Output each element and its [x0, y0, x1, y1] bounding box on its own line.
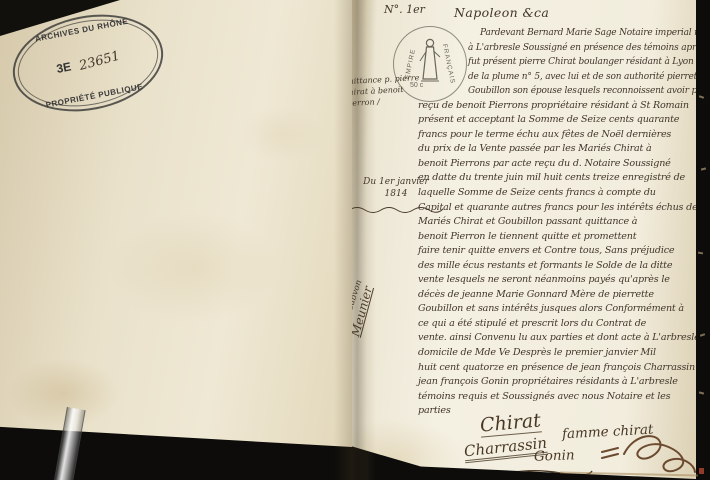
manuscript-line: de la plume n° 5, avec lui et de son aut… [468, 70, 696, 85]
manuscript-line: à L'arbresle Soussigné en présence des t… [468, 41, 696, 56]
notary-paraph [598, 430, 698, 478]
page-edge-mark [700, 333, 705, 337]
manuscript-line: Capital et quarante autres francs pour l… [418, 201, 696, 216]
signature-chirat: Chirat [479, 409, 542, 437]
manuscript-line: des mille écus restants et formants le S… [418, 259, 696, 274]
margin-note-quittance: quittance p. pierrechirat à benoitpierro… [343, 72, 425, 109]
manuscript-line: en datte du trente juin mil huit cents t… [418, 171, 696, 186]
page-heading: Napoleon &ca [454, 5, 549, 20]
manuscript-line: décès de jeanne Marie Gonnard Mère de pi… [418, 288, 696, 303]
page-edge-mark [699, 391, 704, 394]
manuscript-line: benoit Pierrons par acte reçu du d. Nota… [418, 157, 696, 172]
scanned-book-spread: ARCHIVES DU RHÔNE 3E 23651 PROPRIÉTÉ PUB… [0, 0, 710, 480]
act-body-text: Pardevant Bernard Marie Sage Notaire imp… [418, 26, 696, 419]
manuscript-line: reçu de benoit Pierrons propriétaire rés… [418, 99, 696, 114]
manuscript-line: domicile de Mde Ve Desprès le premier ja… [418, 346, 696, 361]
manuscript-line: vente lesquels ne seront néanmoins payés… [418, 273, 696, 288]
manuscript-line: Goubillon et sans intérêts jusques alors… [418, 302, 696, 317]
manuscript-line: parties [418, 404, 696, 419]
archive-item-number: 23651 [77, 48, 121, 73]
act-number: N°. 1er [384, 3, 425, 16]
signature-gonin: Gonin [534, 447, 575, 464]
manuscript-line: Mariés Chirat et Goubillon passant quitt… [418, 215, 696, 230]
manuscript-line: jean françois Gonin propriétaires résida… [418, 375, 696, 390]
manuscript-line: faire tenir quitte envers et Contre tous… [418, 244, 696, 259]
page-edge-mark [698, 252, 703, 255]
manuscript-line: présent et acceptant la Somme de Seize c… [418, 113, 696, 128]
manuscript-line: vente. ainsi Convenu lu aux parties et d… [418, 331, 696, 346]
manuscript-line: huit cent quatorze en présence de jean f… [418, 361, 696, 376]
manuscript-line: du prix de la Vente passée par les Marié… [418, 142, 696, 157]
page-edge-mark [699, 95, 704, 99]
manuscript-line: laquelle Somme de Seize cents francs à c… [418, 186, 696, 201]
archive-series-code: 3E [55, 59, 72, 76]
manuscript-line: ce qui a été stipulé et prescrit lors du… [418, 317, 696, 332]
page-edge-mark [701, 167, 706, 170]
manuscript-line: francs pour le terme échu aux fêtes de N… [418, 128, 696, 143]
manuscript-line: fut présent pierre Chirat boulanger rési… [468, 55, 696, 70]
manuscript-line: benoit Pierron le tiennent quitte et pro… [418, 230, 696, 245]
manuscript-line: témoins requis et Soussignés avec nous N… [418, 390, 696, 405]
manuscript-line: Goubillon son épouse lesquels reconnoiss… [468, 84, 696, 99]
manuscript-line: Pardevant Bernard Marie Sage Notaire imp… [480, 26, 696, 41]
manuscript-page: N°. 1er Napoleon &ca EMPIRE FRANÇAIS 50 … [352, 0, 696, 480]
red-edge-mark [699, 468, 704, 474]
